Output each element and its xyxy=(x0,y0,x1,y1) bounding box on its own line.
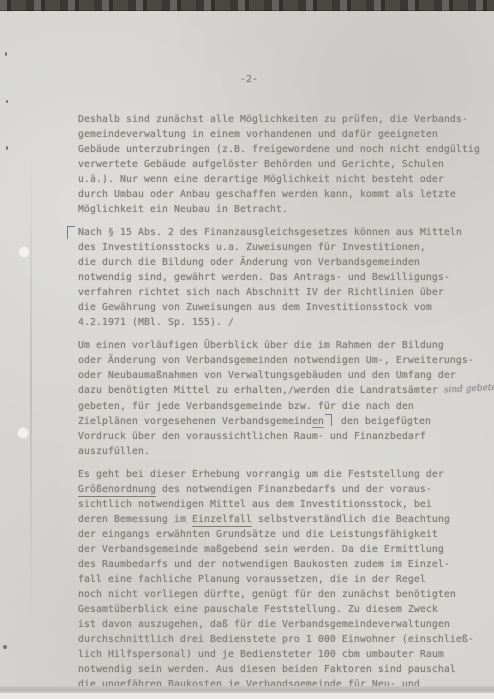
text-line: Um einen vorläufigen Überblick über die … xyxy=(78,338,478,353)
text-line: noch nicht vorliegen dürfte, genügt für … xyxy=(78,587,478,602)
text-line: Nach § 15 Abs. 2 des Finanzausgleichsges… xyxy=(78,225,478,240)
text-line: Größenordnung des notwendigen Finanzbeda… xyxy=(78,482,478,497)
text-line: durchschnittlich drei Bedienstete pro 1 … xyxy=(78,632,478,647)
text-segment: des notwendigen Finanzbedarfs und der vo… xyxy=(156,484,432,495)
text-line: notwendig sind, gewährt werden. Das Antr… xyxy=(78,270,478,285)
paper-speck xyxy=(3,645,7,649)
pencil-close-slash-mark: / xyxy=(228,317,234,328)
text-line: Zielplänen vorgesehenen Verbandsgemeinde… xyxy=(78,414,478,429)
text-line: gemeindeverwaltung in einem vorhandenen … xyxy=(78,127,478,142)
text-line: u.ä.). Nur wenn eine derartige Möglichke… xyxy=(78,172,478,187)
paper-speck xyxy=(5,52,7,56)
paragraph-2: Nach § 15 Abs. 2 des Finanzausgleichsges… xyxy=(78,225,478,330)
handwritten-margin-note: sind gebeten xyxy=(443,380,494,398)
pencil-underlined-segment: en xyxy=(312,416,324,428)
text-line: der eingangs erwähnten Grundsätze und di… xyxy=(78,527,478,542)
text-line: der Verbandsgemeinde maßgebend sein werd… xyxy=(78,542,478,557)
text-line: auszufüllen. xyxy=(78,444,478,459)
scanned-document-page: -2- Deshalb sind zunächst alle Möglichke… xyxy=(0,0,494,699)
text-line: fall eine fachliche Planung voraussetzen… xyxy=(78,572,478,587)
text-line: notwendig sein werden. Aus diesen beiden… xyxy=(78,662,478,677)
text-line: durch Umbau oder Anbau geschaffen werden… xyxy=(78,187,478,202)
text-segment: werden die Landratsämter xyxy=(294,385,438,396)
scan-edge-top xyxy=(0,0,494,11)
text-line: Vordruck über den voraussichtlichen Raum… xyxy=(78,429,478,444)
text-line: 4.2.1971 (MBl. Sp. 155). / xyxy=(78,315,478,330)
text-segment: dazu benötigten Mittel zu erhalten, xyxy=(78,385,288,396)
text-line: ist davon auszugehen, daß für die Verban… xyxy=(78,617,478,632)
text-line: Möglichkeit ein Neubau in Betracht. xyxy=(78,202,478,217)
paper-speck xyxy=(6,146,8,150)
text-line: verwertete Gebäude aufgelöster Behörden … xyxy=(78,157,478,172)
paragraph-1: Deshalb sind zunächst alle Möglichkeiten… xyxy=(78,112,478,217)
text-line: des Investitionsstocks u.a. Zuweisungen … xyxy=(78,240,478,255)
text-line: oder Neubaumaßnahmen von Verwaltungsgebä… xyxy=(78,368,478,383)
typewritten-text-block: -2- Deshalb sind zunächst alle Möglichke… xyxy=(78,72,478,699)
text-segment: den beigefügten xyxy=(335,416,431,427)
text-line: des Raumbedarfs und der notwendigen Bauk… xyxy=(78,557,478,572)
pencil-open-bracket-mark xyxy=(67,226,75,239)
text-line: Deshalb sind zunächst alle Möglichkeiten… xyxy=(78,112,478,127)
underlined-word: Größenordnung xyxy=(78,484,156,497)
text-line: Gesamtüberblick eine pauschale Feststell… xyxy=(78,602,478,617)
paper-fold-shadow xyxy=(0,686,494,693)
page-number: -2- xyxy=(240,72,478,87)
pencil-close-bracket-mark xyxy=(325,414,332,426)
text-line: lich Hilfspersonal) und je Bediensteter … xyxy=(78,647,478,662)
paper-speck xyxy=(6,100,8,103)
paragraph-3: Um einen vorläufigen Überblick über die … xyxy=(78,338,478,459)
text-line: Gebäude unterzubringen (z.B. freigeworde… xyxy=(78,142,478,157)
punch-hole-bottom xyxy=(17,427,29,439)
scan-edge-bottom xyxy=(0,693,494,699)
paper-crease-vertical xyxy=(30,150,32,630)
text-line: oder Änderung von Verbandsgemeinden notw… xyxy=(78,353,478,368)
text-line: deren Bemessung im Einzelfall selbstvers… xyxy=(78,512,478,527)
text-line: gebeten, für jede Verbandsgemeinde bzw. … xyxy=(78,399,478,414)
text-line: die Gewährung von Zuweisungen aus dem In… xyxy=(78,300,478,315)
text-segment: deren Bemessung im xyxy=(78,514,192,525)
text-line: dazu benötigten Mittel zu erhalten,/werd… xyxy=(78,383,478,399)
text-line: sichtlich notwendigen Mittel aus dem Inv… xyxy=(78,497,478,512)
text-segment: Zielplänen vorgesehenen Verbandsgemeind xyxy=(78,416,312,427)
text-segment: selbstverständlich die Beachtung xyxy=(252,514,450,525)
text-segment: 4.2.1971 (MBl. Sp. 155). xyxy=(78,317,222,328)
paragraph-4: Es geht bei dieser Erhebung vorrangig um… xyxy=(78,467,478,692)
text-line: die durch die Bildung oder Änderung von … xyxy=(78,255,478,270)
text-line: verfahren richtet sich nach Abschnitt IV… xyxy=(78,285,478,300)
text-line: Es geht bei dieser Erhebung vorrangig um… xyxy=(78,467,478,482)
punch-hole-top xyxy=(18,246,30,258)
underlined-word: Einzelfall xyxy=(192,514,252,527)
